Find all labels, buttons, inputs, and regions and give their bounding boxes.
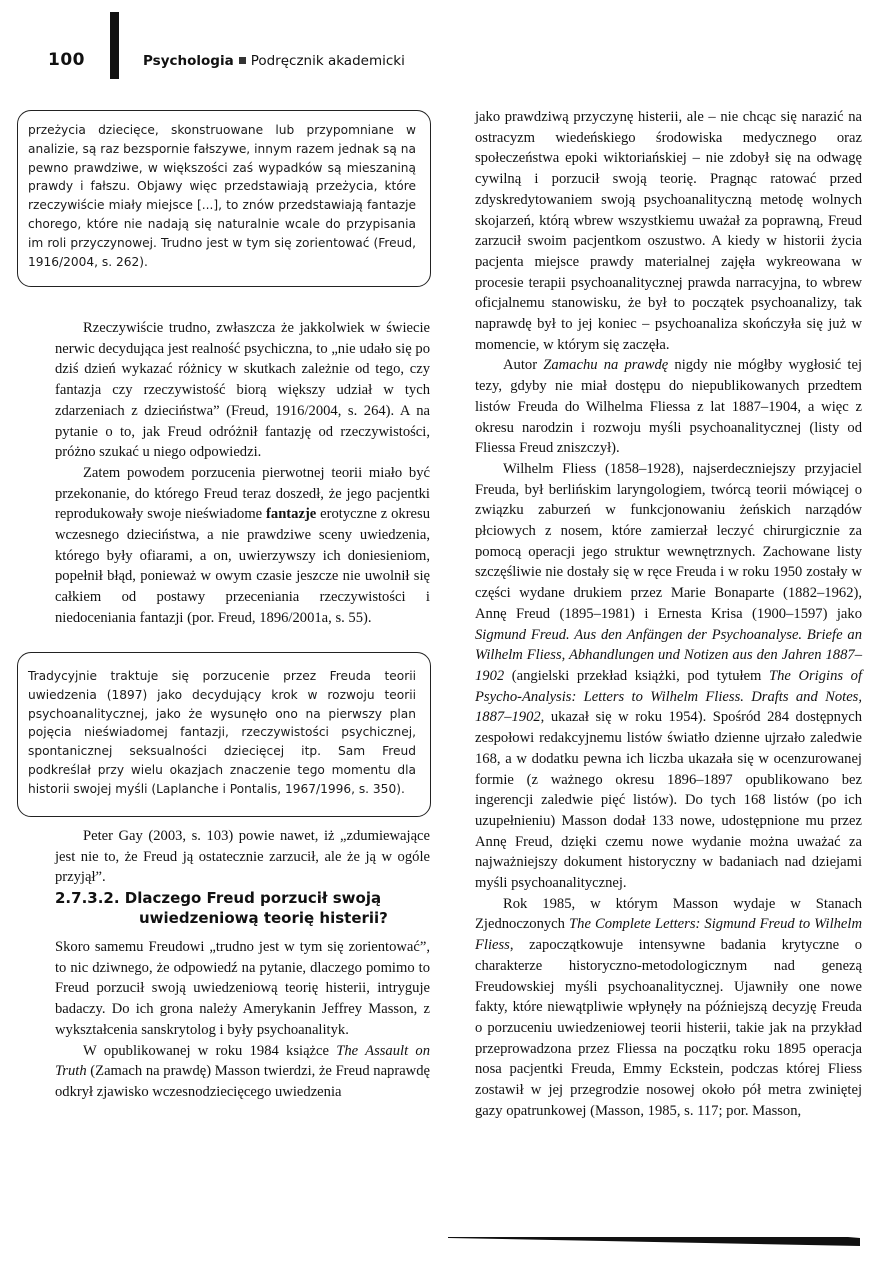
right-paragraph-1: jako prawdziwą przyczynę histerii, ale –… <box>475 107 862 355</box>
book-title: Psychologia <box>143 53 234 69</box>
text-span: erotyczne z okresu wczesnego dzieciństwa… <box>55 506 430 626</box>
left-paragraph-1: Rzeczywiście trudno, zwłaszcza że jakkol… <box>55 318 430 463</box>
text-span: (angielski przekład książki, pod tytułem <box>504 668 769 684</box>
page-number: 100 <box>48 50 85 70</box>
section-title-line-2: uwiedzeniową teorię histerii? <box>55 908 435 928</box>
section-heading: 2.7.3.2. Dlaczego Freud porzucił swoją u… <box>55 888 435 928</box>
text-span: Autor <box>503 357 543 373</box>
quote-box-2: Tradycyjnie traktuje się porzucenie prze… <box>17 652 431 817</box>
right-paragraph-2: Autor Zamachu na prawdę nigdy nie mógłby… <box>475 355 862 459</box>
left-body-1: Rzeczywiście trudno, zwłaszcza że jakkol… <box>55 318 430 629</box>
section-number: 2.7.3.2. <box>55 889 120 907</box>
text-span: , zapoczątkowuje intensywne badania kryt… <box>475 937 862 1119</box>
quote-box-1: przeżycia dziecięce, skonstruowane lub p… <box>17 110 431 287</box>
left-paragraph-3: Peter Gay (2003, s. 103) powie nawet, iż… <box>55 826 430 888</box>
running-head: PsychologiaPodręcznik akademicki <box>143 53 405 69</box>
quote-box-2-text: Tradycyjnie traktuje się porzucenie prze… <box>28 667 416 799</box>
text-span: W opublikowanej w roku 1984 książce <box>83 1043 336 1059</box>
text-span: , ukazał się w roku 1954). Spośród 284 d… <box>475 709 862 891</box>
book-subtitle: Podręcznik akademicki <box>251 53 405 69</box>
page-header: 100 PsychologiaPodręcznik akademicki <box>0 0 893 90</box>
bold-term-fantazje: fantazje <box>266 506 316 522</box>
text-span: (Zamach na prawdę) Masson twierdzi, że F… <box>55 1063 430 1100</box>
book-title-italic: Zamachu na prawdę <box>543 357 668 373</box>
footer-rule <box>448 1237 860 1246</box>
left-body-2: Peter Gay (2003, s. 103) powie nawet, iż… <box>55 826 430 888</box>
right-paragraph-4: Rok 1985, w którym Masson wydaje w Stana… <box>475 894 862 1122</box>
right-column: jako prawdziwą przyczynę histerii, ale –… <box>475 107 862 1121</box>
square-bullet-icon <box>239 57 246 64</box>
right-paragraph-3: Wilhelm Fliess (1858–1928), najserdeczni… <box>475 459 862 894</box>
text-span: Wilhelm Fliess (1858–1928), najserdeczni… <box>475 461 862 622</box>
quote-box-1-text: przeżycia dziecięce, skonstruowane lub p… <box>28 121 416 271</box>
left-body-3: Skoro samemu Freudowi „trudno jest w tym… <box>55 937 430 1103</box>
left-paragraph-5: W opublikowanej w roku 1984 książce The … <box>55 1041 430 1103</box>
left-paragraph-2: Zatem powodem porzucenia pierwotnej teor… <box>55 463 430 629</box>
header-thumb-bar <box>110 12 119 79</box>
left-paragraph-4: Skoro samemu Freudowi „trudno jest w tym… <box>55 937 430 1041</box>
section-title-line-1: Dlaczego Freud porzucił swoją <box>125 889 381 907</box>
